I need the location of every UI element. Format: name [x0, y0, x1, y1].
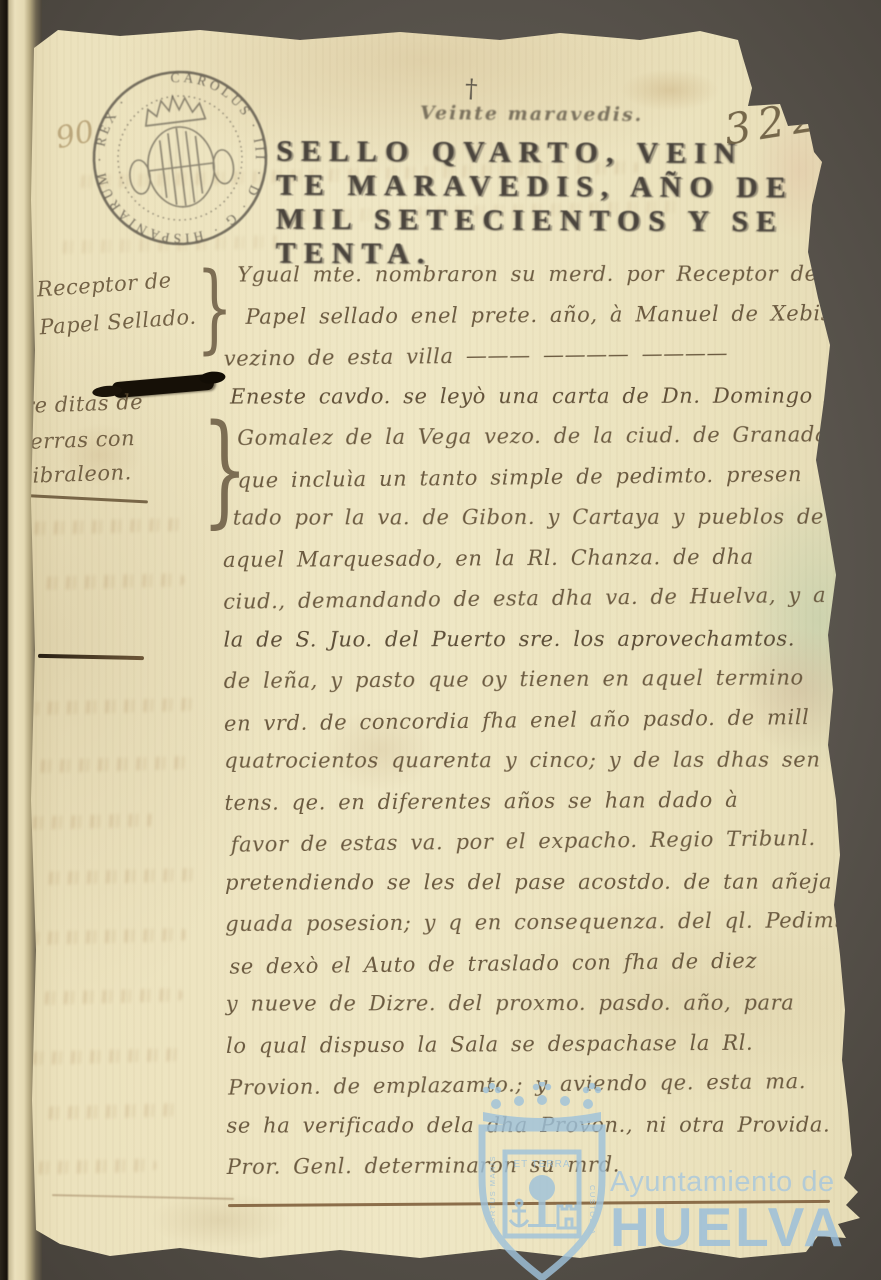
manuscript-line: quatrocientos quarenta y cinco; y de las…: [224, 739, 872, 781]
manuscript-line: Eneste cavdo. se leyò una carta de Dn. D…: [222, 375, 870, 417]
manuscript-line: tado por la va. de Gibon. y Cartaya y pu…: [223, 496, 871, 538]
manuscript-line: favor de estas va. por el expacho. Regio…: [225, 817, 873, 865]
manuscript-body: Ygual mte. nombraron su merd. por Recept…: [221, 252, 875, 1187]
margin-note-line: Gibraleon.: [15, 460, 146, 489]
scanned-document-page: † Veinte maravedis. SELLO QVARTO, VEIN T…: [0, 0, 881, 1280]
bleedthrough-mark: [30, 1048, 182, 1065]
paper-stain: [120, 1180, 320, 1260]
margin-note-line: Receptor de: [36, 267, 194, 302]
bleedthrough-mark: [26, 928, 186, 945]
manuscript-line: tens. qe. en diferentes años se han dado…: [224, 779, 872, 823]
closing-rule: [228, 1200, 830, 1207]
bleedthrough-mark: [46, 868, 196, 885]
bleedthrough-mark: [30, 813, 154, 829]
bleedthrough-mark: [44, 573, 184, 590]
manuscript-line: Provion. de emplazamto.; y aviendo qe. e…: [226, 1060, 874, 1108]
manuscript-line: la de S. Juo. del Puerto sre. los aprove…: [223, 618, 871, 660]
manuscript-line: en vrd. de concordia fha enel año pasdo.…: [224, 696, 872, 744]
printed-tax-line: Veinte maravedis.: [420, 102, 643, 126]
margin-dash: [38, 654, 144, 660]
bleedthrough-mark: [32, 518, 182, 535]
manuscript-line: guada posesion; y q en consequenza. del …: [225, 900, 873, 944]
royal-seal-stamp: CAROLUS · III · D · G · HISPANIARUM · RE…: [77, 55, 282, 260]
margin-note-line: tierras con: [14, 426, 145, 455]
manuscript-line: Pror. Genl. determinaron su mrd.: [227, 1143, 875, 1187]
manuscript-line: Gomalez de la Vega vezo. de la ciud. de …: [222, 414, 870, 458]
margin-note-underline: [16, 494, 148, 504]
margin-note-receptor: Receptor de Papel Sellado.: [36, 267, 197, 340]
bleedthrough-mark: [26, 698, 194, 715]
manuscript-line: y nueve de Dizre. del proxmo. pasdo. año…: [226, 982, 874, 1024]
margin-note-line: Papel Sellado.: [39, 305, 197, 340]
manuscript-line: de leña, y pasto que oy tienen en aquel …: [224, 657, 872, 701]
manuscript-line: que incluìa un tanto simple de pedimto. …: [222, 453, 870, 501]
manuscript-line: se dexò el Auto de traslado con fha de d…: [225, 939, 873, 987]
manuscript-line: Ygual mte. nombraron su merd. por Recept…: [221, 253, 869, 295]
sello-line: TE MARAVEDIS, AÑO DE: [276, 168, 876, 205]
manuscript-line: ciud., demandando de esta dha va. de Hue…: [223, 574, 871, 622]
bleedthrough-mark: [38, 756, 188, 773]
manuscript-line: vezino de esta villa ——— ———— ————: [222, 331, 870, 379]
manuscript-line: se ha verificado dela dha Provon., ni ot…: [226, 1104, 874, 1146]
manuscript-line: lo qual dispuso la Sala se despachase la…: [226, 1022, 874, 1066]
sello-line: MIL SETECIENTOS Y SE: [276, 202, 876, 239]
bleedthrough-mark: [36, 1158, 156, 1174]
paper-sheet: † Veinte maravedis. SELLO QVARTO, VEIN T…: [0, 0, 881, 1280]
seal-crowned-arms: [121, 90, 238, 213]
manuscript-line: Papel sellado enel prete. año, à Manuel …: [221, 293, 869, 337]
bleedthrough-mark: [46, 1103, 176, 1119]
cross-ornament-icon: †: [464, 74, 478, 104]
closing-rule-faint: [52, 1194, 234, 1200]
manuscript-line: pretendiendo se les del pase acostdo. de…: [225, 861, 873, 903]
manuscript-line: aquel Marquesado, en la Rl. Chanza. de d…: [223, 536, 871, 580]
bleedthrough-mark: [42, 988, 182, 1005]
